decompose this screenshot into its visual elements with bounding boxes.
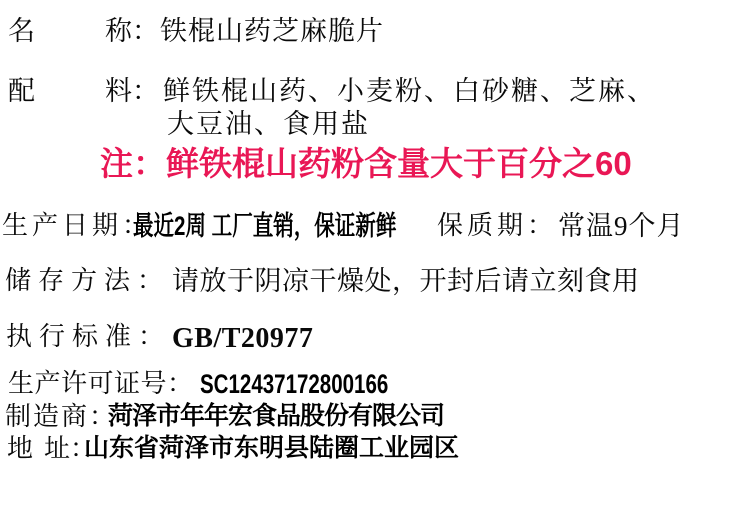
standard-row: 执行标准： GB/T20977: [0, 324, 754, 364]
production-date-label: 生产日期：: [2, 213, 152, 239]
product-name-row: 名 称： 铁棍山药芝麻脆片: [0, 18, 754, 58]
address-value: 山东省菏泽市东明县陆圈工业园区: [84, 436, 459, 461]
manufacturer-label: 制造商：: [5, 404, 117, 430]
address-row: 地 址： 山东省菏泽市东明县陆圈工业园区: [0, 436, 754, 476]
production-date-row: 生产日期： 最近2周 工厂直销，保证新鲜 保质期： 常温9个月: [0, 213, 754, 253]
standard-value: GB/T20977: [172, 325, 313, 353]
shelf-life-value: 常温9个月: [558, 213, 685, 240]
license-value-wrap: SC12437172800166: [200, 371, 448, 398]
yam-content-note: 注：鲜铁棍山药粉含量大于百分之60: [100, 147, 632, 180]
product-name-label-first: 名: [8, 18, 35, 45]
license-label: 生产许可证号：: [8, 371, 194, 397]
product-label: 名 称： 铁棍山药芝麻脆片 配 料： 鲜铁棍山药、小麦粉、白砂糖、芝麻、 大豆油…: [0, 0, 754, 516]
product-name-value: 铁棍山药芝麻脆片: [160, 18, 384, 45]
shelf-life-label: 保质期：: [437, 213, 557, 239]
address-label-first: 地: [7, 436, 33, 462]
ingredients-label-first: 配: [8, 78, 35, 105]
production-date-highlight: 最近2周 工厂直销，保证新鲜: [133, 213, 396, 240]
license-value: SC12437172800166: [200, 371, 388, 398]
storage-value: 请放于阴凉干燥处，开封后请立刻食用: [172, 268, 640, 295]
production-date-highlight-wrap: 最近2周 工厂直销，保证新鲜: [133, 213, 480, 240]
product-name-label-second: 称：: [105, 18, 159, 45]
ingredients-label-second: 料：: [105, 78, 159, 105]
note-row: 注：鲜铁棍山药粉含量大于百分之60: [0, 147, 754, 187]
storage-label: 储存方法：: [5, 268, 170, 294]
manufacturer-value: 菏泽市年年宏食品股份有限公司: [108, 404, 444, 429]
ingredients-value-line1: 鲜铁棍山药、小麦粉、白砂糖、芝麻、: [163, 78, 656, 105]
ingredients-value-line2: 大豆油、食用盐: [167, 111, 370, 138]
standard-label: 执行标准：: [6, 324, 171, 350]
storage-row: 储存方法： 请放于阴凉干燥处，开封后请立刻食用: [0, 268, 754, 308]
